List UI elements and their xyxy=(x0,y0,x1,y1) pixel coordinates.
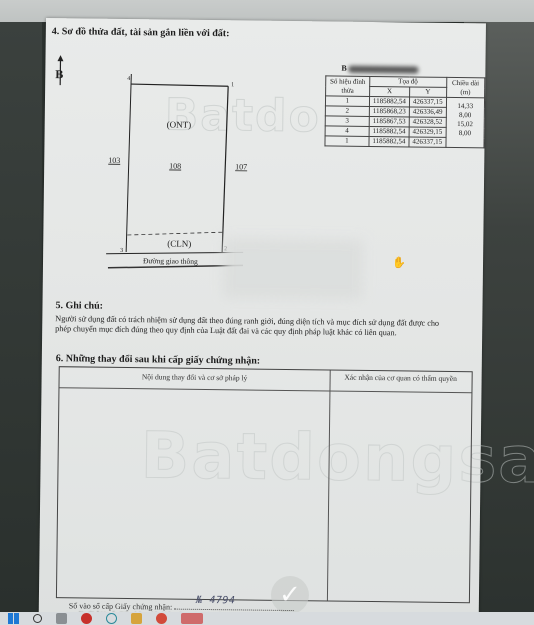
svg-text:1: 1 xyxy=(231,82,234,88)
registry-label: Số vào sổ cấp Giấy chứng nhận: xyxy=(69,601,173,611)
header-y: Y xyxy=(409,87,446,97)
background-left xyxy=(0,22,42,612)
section-5-title: 5. Ghi chú: xyxy=(55,300,103,312)
svg-text:Đường giao thông: Đường giao thông xyxy=(143,256,198,266)
changes-table: Nội dung thay đổi và cơ sở pháp lý Xác n… xyxy=(56,366,473,603)
note-text: Người sử dụng đất có trách nhiệm sử dụng… xyxy=(55,314,455,339)
svg-text:(CLN): (CLN) xyxy=(167,238,191,248)
svg-text:3: 3 xyxy=(120,248,123,254)
changes-header-content: Nội dung thay đổi và cơ sở pháp lý xyxy=(60,371,330,383)
header-vertex: Số hiệu đỉnh thửa xyxy=(326,76,370,97)
browser-icon[interactable] xyxy=(106,613,117,624)
taskbar xyxy=(0,612,534,625)
svg-text:(ONT): (ONT) xyxy=(167,119,192,129)
file-explorer-icon[interactable] xyxy=(56,613,67,624)
header-x: X xyxy=(369,86,409,96)
column-divider xyxy=(327,370,331,600)
app-icon[interactable] xyxy=(156,613,167,624)
svg-text:107: 107 xyxy=(235,162,247,171)
windows-start-icon[interactable] xyxy=(8,613,19,624)
certificate-page: Batdo Batdongsan 4. Sơ đồ thửa đất, tài … xyxy=(39,18,486,623)
changes-header-confirmation: Xác nhận của cơ quan có thẩm quyền xyxy=(330,372,472,383)
section-6-title: 6. Những thay đổi sau khi cấp giấy chứng… xyxy=(56,353,260,366)
coordinate-table: Số hiệu đỉnh thửa Tọa độ Chiều dài (m) X… xyxy=(324,75,485,148)
svg-text:B: B xyxy=(55,67,63,81)
svg-text:108: 108 xyxy=(169,162,181,171)
app-icon[interactable] xyxy=(181,613,203,624)
search-icon[interactable] xyxy=(33,614,42,623)
header-divider xyxy=(59,387,471,393)
length-cell: 14,33 8,00 15,02 8,00 xyxy=(446,97,485,147)
folder-icon[interactable] xyxy=(131,613,142,624)
watermark-top: Batdo xyxy=(165,89,322,142)
hand-cursor-icon: ✋ xyxy=(392,256,406,269)
svg-text:103: 103 xyxy=(108,156,120,165)
header-length: Chiều dài (m) xyxy=(446,77,485,97)
section-4-title: 4. Sơ đồ thửa đất, tài sản gắn liền với … xyxy=(52,26,230,39)
redacted-area xyxy=(223,238,364,300)
app-icon[interactable] xyxy=(81,613,92,624)
coord-table-title: B xyxy=(341,64,418,74)
svg-text:4: 4 xyxy=(127,76,130,82)
registry-number: № 4794 xyxy=(196,595,235,606)
north-arrow-icon: B xyxy=(55,55,63,85)
